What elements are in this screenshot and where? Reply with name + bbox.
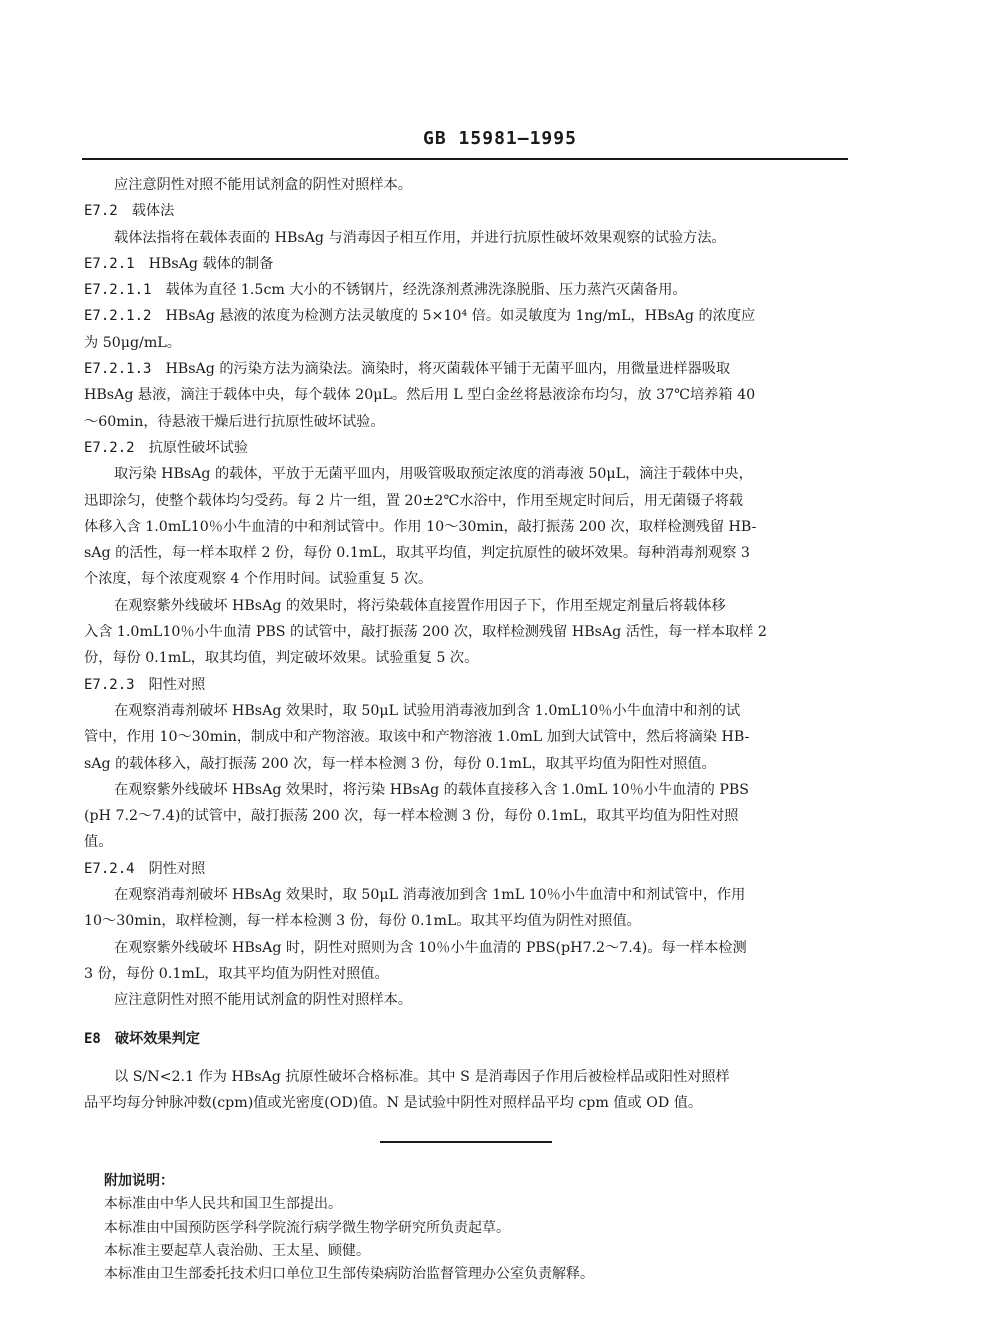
paragraph-line: 在观察紫外线破坏 HBsAg 时，阴性对照则为含 10％小牛血清的 PBS(pH… bbox=[84, 935, 850, 961]
additional-notes: 附加说明： 本标准由中华人民共和国卫生部提出。 本标准由中国预防医学科学院流行病… bbox=[104, 1170, 864, 1286]
paragraph-line: 体移入含 1.0mL10％小牛血清的中和剂试管中。作用 10～30min，敲打振… bbox=[84, 514, 850, 540]
clause-heading: E7.2.1.1载体为直径 1.5cm 大小的不锈钢片，经洗涤剂煮沸洗涤脱脂、压… bbox=[84, 277, 850, 303]
paragraph-line: (pH 7.2～7.4)的试管中，敲打振荡 200 次，每一样本检测 3 份，每… bbox=[84, 803, 850, 829]
paragraph-line: 10～30min，取样检测，每一样本检测 3 份，每份 0.1mL。取其平均值为… bbox=[84, 908, 850, 934]
clause-heading: E7.2.4阴性对照 bbox=[84, 856, 850, 882]
document-header-title: GB 15981—1995 bbox=[0, 128, 1000, 149]
paragraph-line: 在观察消毒剂破坏 HBsAg 效果时，取 50μL 试验用消毒液加到含 1.0m… bbox=[84, 698, 850, 724]
paragraph-line: 品平均每分钟脉冲数(cpm)值或光密度(OD)值。N 是试验中阴性对照样品平均 … bbox=[84, 1090, 850, 1116]
clause-number: E7.2 bbox=[84, 198, 118, 224]
clause-number: E7.2.3 bbox=[84, 672, 135, 698]
section-divider bbox=[380, 1141, 552, 1143]
notes-line: 本标准主要起草人袁治勋、王太星、顾健。 bbox=[104, 1240, 864, 1263]
clause-heading: E7.2.3阳性对照 bbox=[84, 672, 850, 698]
clause-title: HBsAg 的污染方法为滴染法。滴染时，将灭菌载体平铺于无菌平皿内，用微量进样器… bbox=[165, 361, 730, 377]
document-body: 应注意阴性对照不能用试剂盒的阴性对照样本。E7.2载体法载体法指将在载体表面的 … bbox=[84, 172, 850, 1116]
paragraph-line: 入含 1.0mL10％小牛血清 PBS 的试管中，敲打振荡 200 次，取样检测… bbox=[84, 619, 850, 645]
clause-number: E7.2.4 bbox=[84, 856, 135, 882]
clause-title: 阴性对照 bbox=[149, 861, 206, 877]
clause-number: E7.2.1.3 bbox=[84, 356, 151, 382]
notes-line: 本标准由卫生部委托技术归口单位卫生部传染病防治监督管理办公室负责解释。 bbox=[104, 1263, 864, 1286]
clause-title: HBsAg 载体的制备 bbox=[149, 256, 274, 272]
clause-title: 阳性对照 bbox=[149, 677, 206, 693]
clause-heading: E7.2载体法 bbox=[84, 198, 850, 224]
paragraph-line: 管中，作用 10～30min，制成中和产物溶液。取该中和产物溶液 1.0mL 加… bbox=[84, 724, 850, 750]
paragraph-line: 份，每份 0.1mL，取其均值，判定破坏效果。试验重复 5 次。 bbox=[84, 645, 850, 671]
clause-number: E7.2.1.1 bbox=[84, 277, 151, 303]
paragraph-line: 在观察紫外线破坏 HBsAg 的效果时，将污染载体直接置作用因子下，作用至规定剂… bbox=[84, 593, 850, 619]
paragraph-line: 个浓度，每个浓度观察 4 个作用时间。试验重复 5 次。 bbox=[84, 566, 850, 592]
clause-number: E7.2.1 bbox=[84, 251, 135, 277]
clause-number: E8 bbox=[84, 1026, 101, 1052]
paragraph-line: 取污染 HBsAg 的载体，平放于无菌平皿内，用吸管吸取预定浓度的消毒液 50μ… bbox=[84, 461, 850, 487]
clause-title: HBsAg 悬液的浓度为检测方法灵敏度的 5×10⁴ 倍。如灵敏度为 1ng/m… bbox=[165, 308, 755, 324]
paragraph-line: ～60min，待悬液干燥后进行抗原性破坏试验。 bbox=[84, 409, 850, 435]
paragraph-line: 在观察消毒剂破坏 HBsAg 效果时，取 50μL 消毒液加到含 1mL 10％… bbox=[84, 882, 850, 908]
clause-heading: E7.2.1.2HBsAg 悬液的浓度为检测方法灵敏度的 5×10⁴ 倍。如灵敏… bbox=[84, 303, 850, 329]
paragraph-line: sAg 的载体移入，敲打振荡 200 次，每一样本检测 3 份，每份 0.1mL… bbox=[84, 751, 850, 777]
clause-heading: E7.2.1HBsAg 载体的制备 bbox=[84, 251, 850, 277]
paragraph-line: 应注意阴性对照不能用试剂盒的阴性对照样本。 bbox=[84, 172, 850, 198]
paragraph-line: sAg 的活性，每一样本取样 2 份，每份 0.1mL，取其平均值，判定抗原性的… bbox=[84, 540, 850, 566]
clause-number: E7.2.1.2 bbox=[84, 303, 151, 329]
clause-heading: E7.2.2抗原性破坏试验 bbox=[84, 435, 850, 461]
paragraph-line: 以 S/N<2.1 作为 HBsAg 抗原性破坏合格标准。其中 S 是消毒因子作… bbox=[84, 1064, 850, 1090]
paragraph-line: 迅即涂匀，使整个载体均匀受药。每 2 片一组，置 20±2℃水浴中，作用至规定时… bbox=[84, 488, 850, 514]
spacer bbox=[84, 1014, 850, 1026]
notes-title: 附加说明： bbox=[104, 1170, 864, 1193]
spacer bbox=[84, 1052, 850, 1064]
clause-number: E7.2.2 bbox=[84, 435, 135, 461]
header-rule bbox=[82, 158, 848, 160]
section-heading: E8破坏效果判定 bbox=[84, 1026, 850, 1052]
paragraph-line: 值。 bbox=[84, 829, 850, 855]
paragraph-line: 应注意阴性对照不能用试剂盒的阴性对照样本。 bbox=[84, 987, 850, 1013]
clause-heading: E7.2.1.3HBsAg 的污染方法为滴染法。滴染时，将灭菌载体平铺于无菌平皿… bbox=[84, 356, 850, 382]
paragraph-line: 载体法指将在载体表面的 HBsAg 与消毒因子相互作用，并进行抗原性破坏效果观察… bbox=[84, 225, 850, 251]
clause-title: 载体为直径 1.5cm 大小的不锈钢片，经洗涤剂煮沸洗涤脱脂、压力蒸汽灭菌备用。 bbox=[165, 282, 686, 298]
paragraph-line: 在观察紫外线破坏 HBsAg 效果时，将污染 HBsAg 的载体直接移入含 1.… bbox=[84, 777, 850, 803]
notes-line: 本标准由中国预防医学科学院流行病学微生物学研究所负责起草。 bbox=[104, 1217, 864, 1240]
clause-title: 破坏效果判定 bbox=[115, 1031, 200, 1047]
paragraph-line: 3 份，每份 0.1mL，取其平均值为阴性对照值。 bbox=[84, 961, 850, 987]
clause-title: 载体法 bbox=[132, 203, 175, 219]
notes-line: 本标准由中华人民共和国卫生部提出。 bbox=[104, 1193, 864, 1216]
clause-title: 抗原性破坏试验 bbox=[149, 440, 248, 456]
paragraph-line: HBsAg 悬液，滴注于载体中央，每个载体 20μL。然后用 L 型白金丝将悬液… bbox=[84, 382, 850, 408]
paragraph-line: 为 50μg/mL。 bbox=[84, 330, 850, 356]
